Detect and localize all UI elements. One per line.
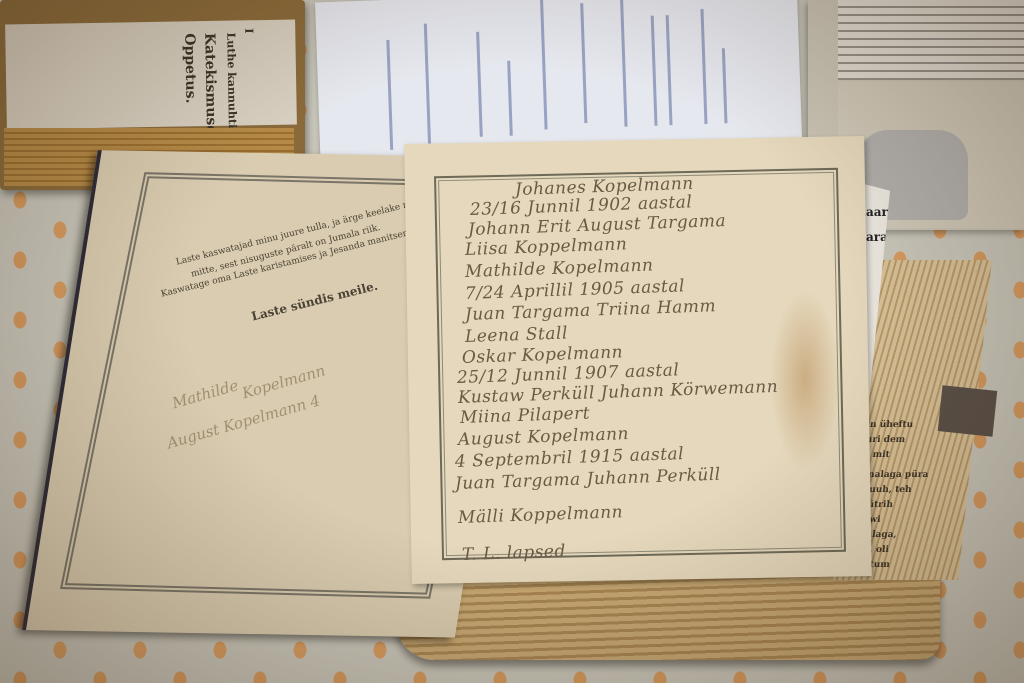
catechism-cover: I Luthe kannuhtig Katekismuse Oppetus. <box>5 19 297 129</box>
text-line <box>666 15 673 125</box>
handwritten-line: Leena Stall <box>465 323 569 347</box>
catechism-title-line: Luthe kannuhtig <box>224 32 239 136</box>
text-line <box>580 3 587 123</box>
metal-clasp <box>938 385 998 436</box>
catechism-number: I <box>242 28 255 33</box>
text-line <box>620 0 628 127</box>
text-line <box>722 48 728 123</box>
handwritten-line: T. L. lapsed <box>462 541 567 565</box>
text-line <box>540 0 548 130</box>
text-line <box>507 61 513 136</box>
newspaper-line: un üheftu <box>863 420 914 430</box>
catechism-title-line: Oppetus. <box>181 33 198 103</box>
text-line <box>386 40 393 150</box>
newspaper-print <box>838 0 1024 80</box>
text-line <box>424 24 431 144</box>
text-line <box>700 9 707 124</box>
catechism-title-line: Katekismuse <box>201 33 219 135</box>
text-line <box>476 32 483 137</box>
text-line <box>651 16 658 126</box>
